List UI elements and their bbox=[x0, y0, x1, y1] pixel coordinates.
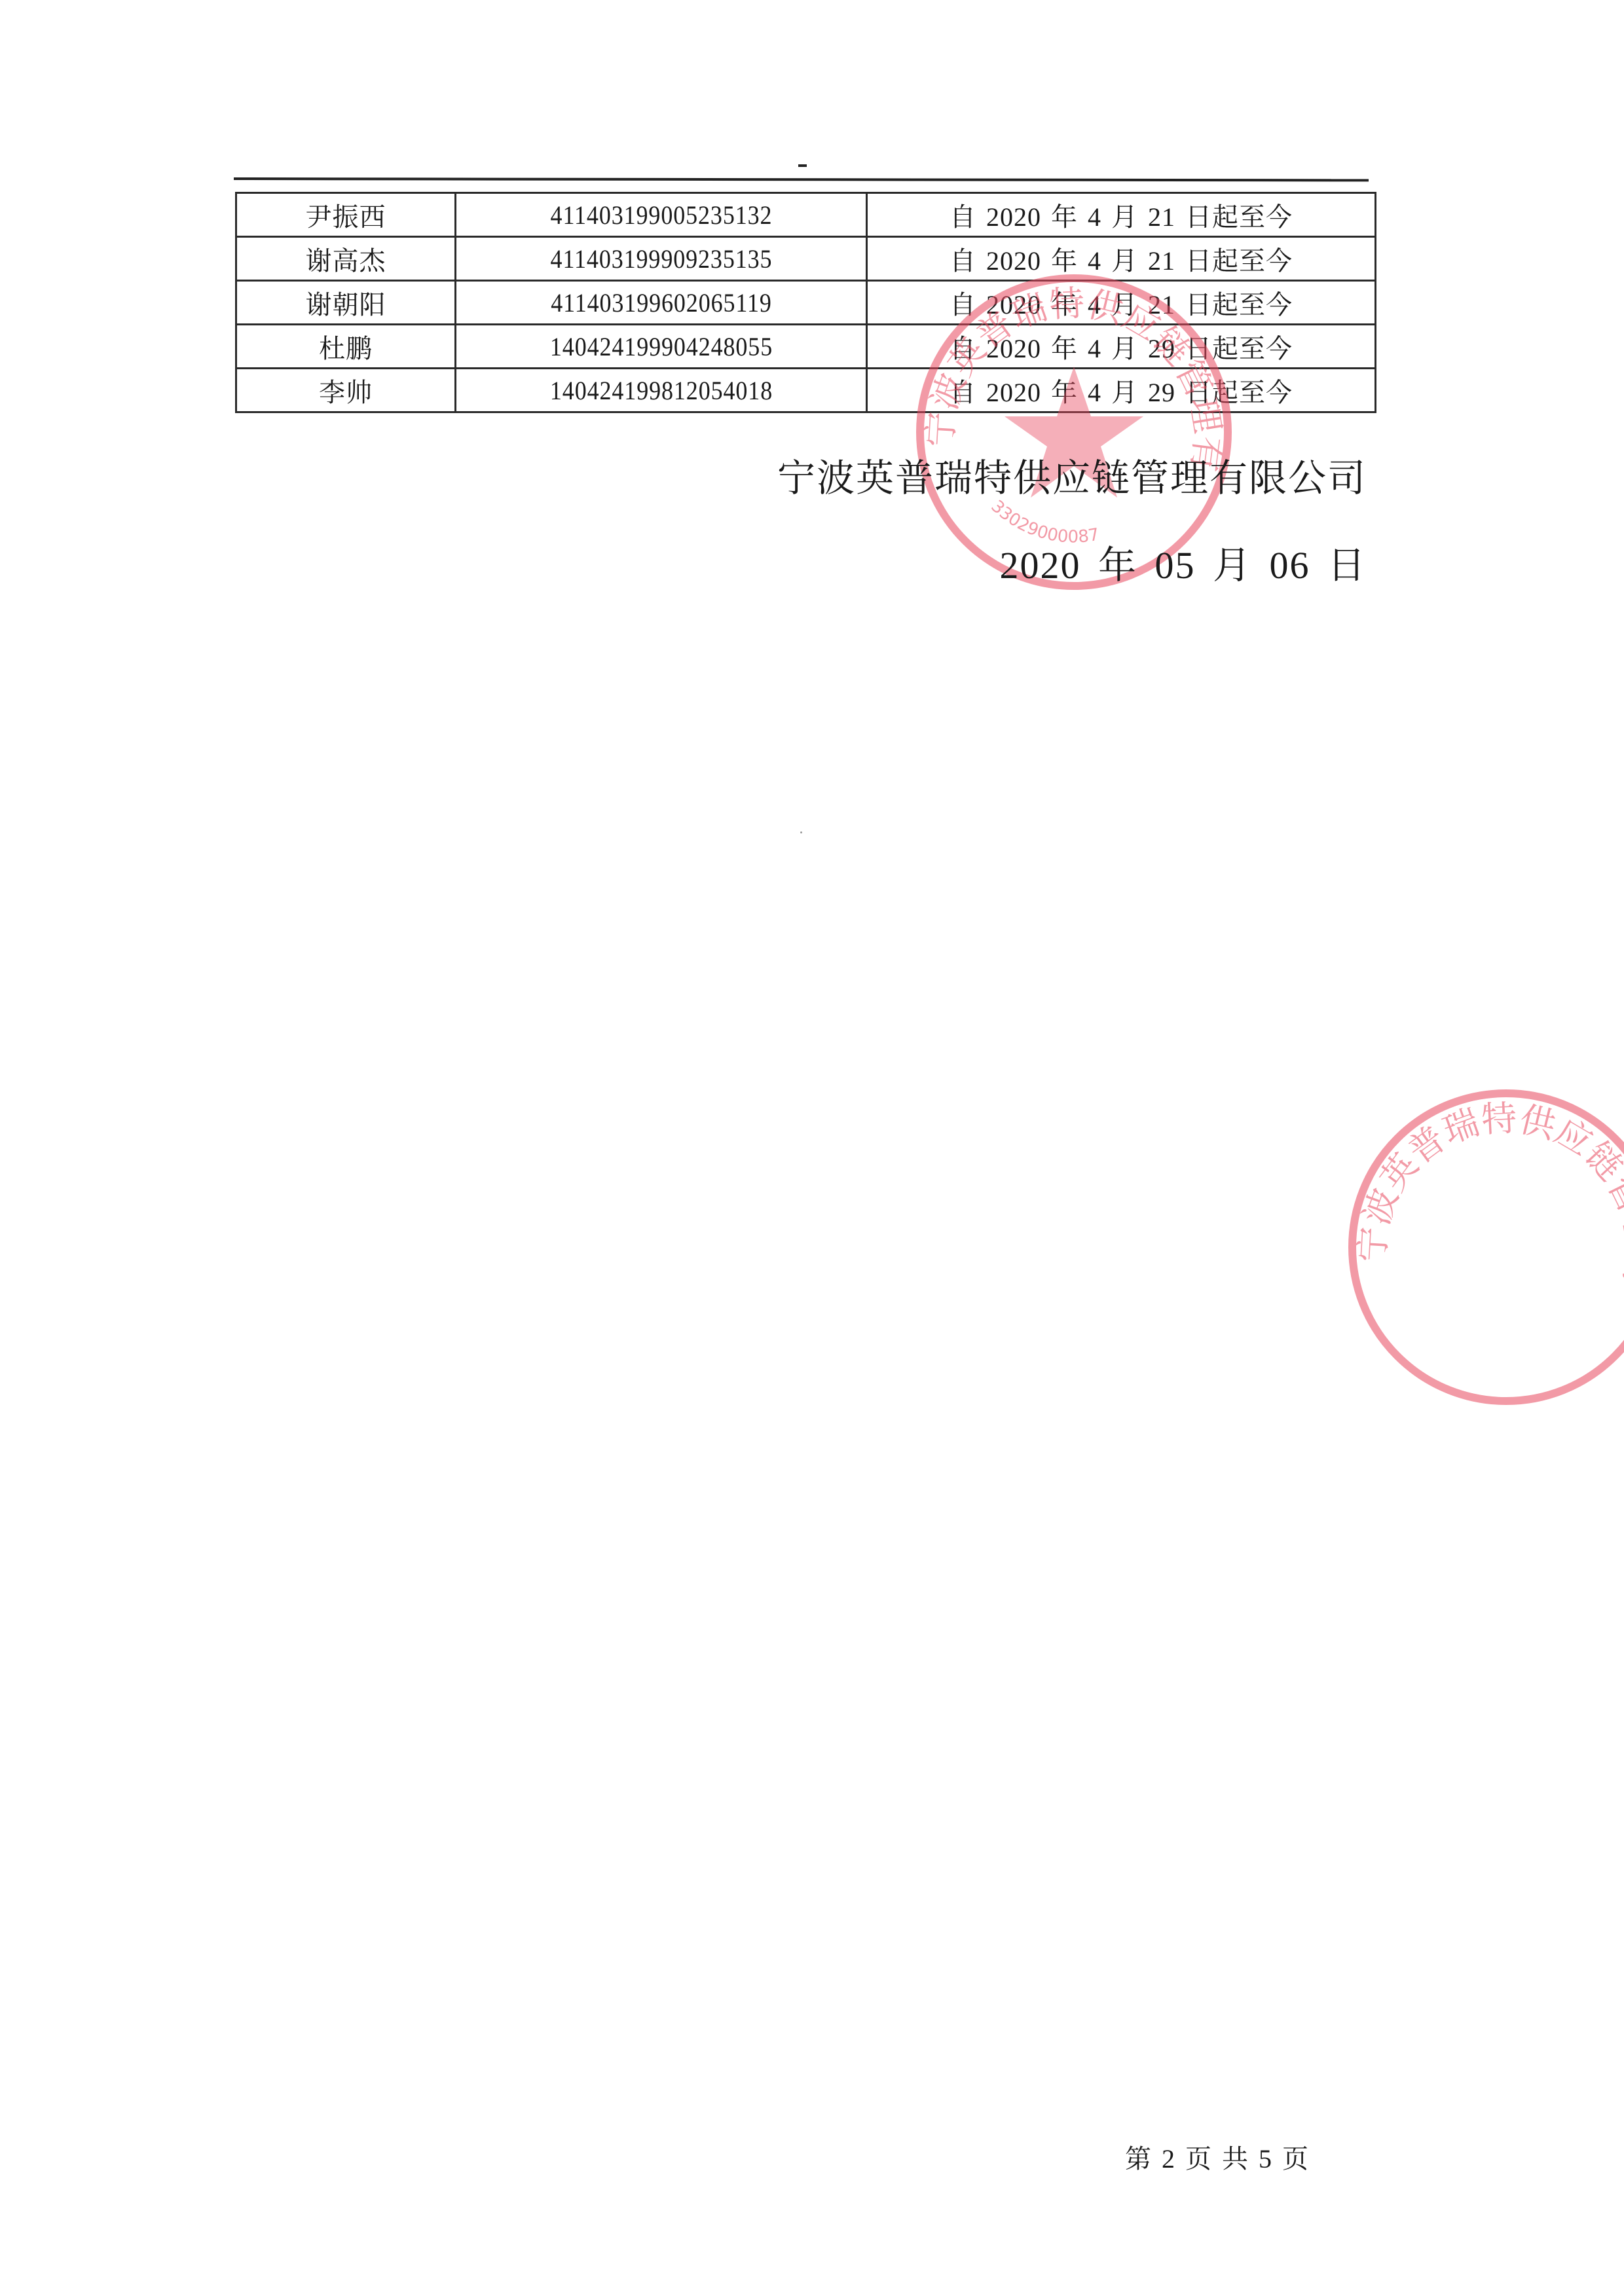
id-number: 411403199909235135 bbox=[476, 237, 846, 281]
staff-table-body: 尹振西411403199005235132自 2020 年 4 月 21 日起至… bbox=[236, 193, 1376, 412]
employment-period: 自 2020 年 4 月 21 日起至今 bbox=[867, 281, 1376, 325]
employee-name: 李帅 bbox=[236, 369, 456, 412]
staff-table: 尹振西411403199005235132自 2020 年 4 月 21 日起至… bbox=[235, 192, 1376, 413]
company-signature: 宁波英普瑞特供应链管理有限公司 bbox=[777, 447, 1367, 502]
table-row: 谢朝阳411403199602065119自 2020 年 4 月 21 日起至… bbox=[236, 281, 1376, 325]
employee-name: 谢朝阳 bbox=[236, 281, 456, 325]
table-row: 杜鹏140424199904248055自 2020 年 4 月 29 日起至今 bbox=[236, 325, 1376, 369]
scan-speck bbox=[800, 831, 802, 833]
employee-name: 杜鹏 bbox=[236, 325, 456, 369]
id-number: 140424199904248055 bbox=[476, 325, 846, 369]
svg-text:宁波英普瑞特供应链管理有限公司: 宁波英普瑞特供应链管理有限公司 bbox=[1342, 1084, 1624, 1289]
table-row: 谢高杰411403199909235135自 2020 年 4 月 21 日起至… bbox=[236, 237, 1376, 281]
table-row: 尹振西411403199005235132自 2020 年 4 月 21 日起至… bbox=[236, 193, 1376, 237]
seam-stamp: 宁波英普瑞特供应链管理有限公司 bbox=[1342, 1084, 1624, 1411]
table-row: 李帅140424199812054018自 2020 年 4 月 29 日起至今 bbox=[236, 369, 1376, 412]
page-number: 第 2 页 共 5 页 bbox=[1125, 2138, 1308, 2176]
employment-period: 自 2020 年 4 月 29 日起至今 bbox=[867, 369, 1376, 412]
employment-period: 自 2020 年 4 月 21 日起至今 bbox=[867, 193, 1376, 237]
header-rule bbox=[234, 177, 1369, 181]
employment-period: 自 2020 年 4 月 29 日起至今 bbox=[867, 325, 1376, 369]
id-number: 411403199005235132 bbox=[476, 193, 846, 237]
employee-name: 谢高杰 bbox=[236, 237, 456, 281]
signature-date: 2020 年 05 月 06 日 bbox=[999, 534, 1367, 589]
id-number: 140424199812054018 bbox=[476, 369, 846, 412]
id-number: 411403199602065119 bbox=[476, 281, 846, 325]
employee-name: 尹振西 bbox=[236, 193, 456, 237]
employment-period: 自 2020 年 4 月 21 日起至今 bbox=[867, 237, 1376, 281]
header-mark bbox=[798, 164, 807, 167]
